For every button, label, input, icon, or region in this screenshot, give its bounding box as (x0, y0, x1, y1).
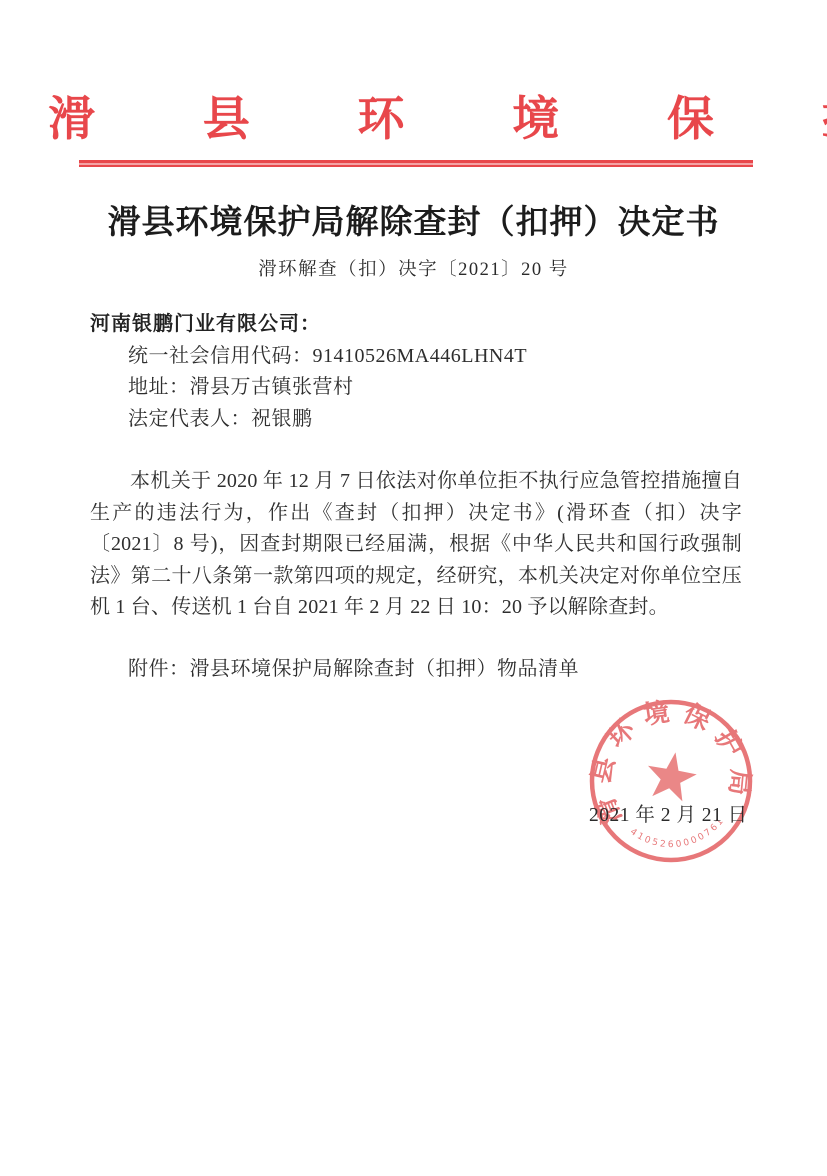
credit-code-line: 统一社会信用代码：91410526MA446LHN4T (90, 341, 742, 373)
official-seal-graphic: 滑县环境保护局 4105260000761 (586, 696, 756, 866)
attachment-line: 附件：滑县环境保护局解除查封（扣押）物品清单 (90, 654, 742, 686)
legal-rep-label: 法定代表人： (128, 408, 251, 430)
letterhead-divider (79, 160, 753, 167)
document-body: 河南银鹏门业有限公司： 统一社会信用代码：91410526MA446LHN4T … (90, 309, 742, 685)
document-page: 滑 县 环 境 保 护 局 滑县环境保护局解除查封（扣押）决定书 滑环解查（扣）… (0, 0, 827, 1176)
address-value: 滑县万古镇张营村 (190, 376, 354, 398)
official-seal: 滑县环境保护局 4105260000761 (586, 696, 756, 866)
letterhead-org-name: 滑 县 环 境 保 护 局 (0, 82, 827, 149)
decision-paragraph: 本机关于 2020 年 12 月 7 日依法对你单位拒不执行应急管控措施擅自生产… (90, 466, 742, 624)
recipient-name: 河南银鹏门业有限公司： (90, 309, 742, 341)
credit-code-value: 91410526MA446LHN4T (313, 345, 528, 367)
address-line: 地址：滑县万古镇张营村 (90, 372, 742, 404)
document-number: 滑环解查（扣）决字〔2021〕20 号 (0, 255, 827, 281)
seal-star-icon (648, 752, 697, 801)
address-label: 地址： (128, 376, 190, 398)
document-title: 滑县环境保护局解除查封（扣押）决定书 (0, 196, 827, 243)
issue-date: 2021 年 2 月 21 日 (589, 799, 748, 827)
credit-code-label: 统一社会信用代码： (128, 345, 313, 367)
legal-rep-line: 法定代表人：祝银鹏 (90, 404, 742, 436)
legal-rep-value: 祝银鹏 (251, 408, 313, 430)
